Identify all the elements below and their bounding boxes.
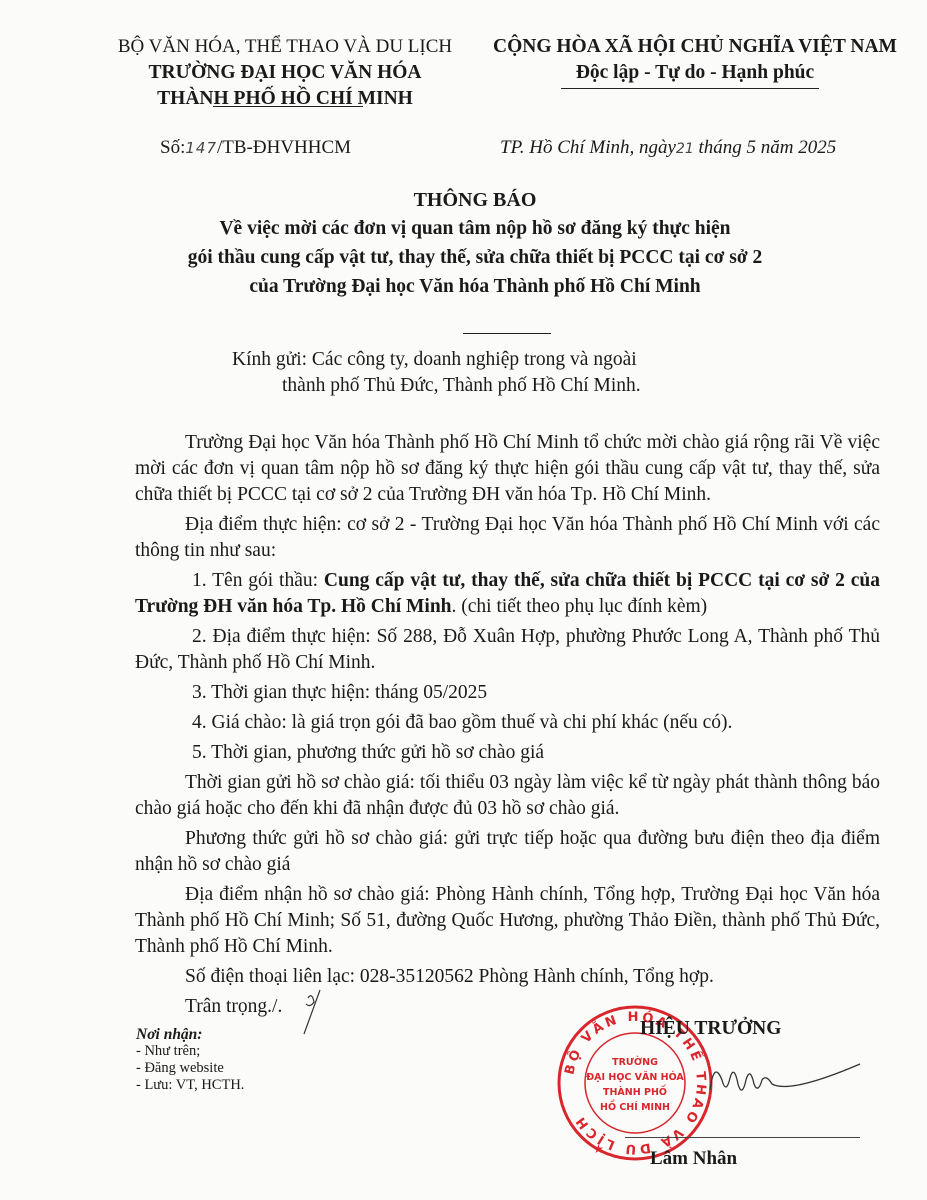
addressee-block: Kính gửi: Các công ty, doanh nghiệp tron… <box>232 347 641 399</box>
item-2-location: 2. Địa điểm thực hiện: Số 288, Đỗ Xuân H… <box>135 624 880 676</box>
document-body: Trường Đại học Văn hóa Thành phố Hồ Chí … <box>135 430 880 1024</box>
closing-line: Trân trọng./. <box>135 994 880 1020</box>
item-1-package-name: 1. Tên gói thầu: Cung cấp vật tư, thay t… <box>135 568 880 620</box>
ministry-name: BỘ VĂN HÓA, THỂ THAO VÀ DU LỊCH <box>95 34 475 60</box>
document-date: TP. Hồ Chí Minh, ngày21 tháng 5 năm 2025 <box>500 137 836 159</box>
subject-line-3: của Trường Đại học Văn hóa Thành phố Hồ … <box>150 272 800 301</box>
handwritten-day: 21 <box>676 141 694 157</box>
issuing-agency-block: BỘ VĂN HÓA, THỂ THAO VÀ DU LỊCH TRƯỜNG Đ… <box>95 34 475 112</box>
signature-line <box>625 1137 860 1138</box>
addressee-line-1: Kính gửi: Các công ty, doanh nghiệp tron… <box>232 347 641 373</box>
school-name-line2: THÀNH PHỐ HỒ CHÍ MINH <box>95 86 475 112</box>
header-left-underline <box>213 106 363 107</box>
nation-name: CỘNG HÒA XÃ HỘI CHỦ NGHĨA VIỆT NAM <box>480 34 910 60</box>
document-number: Số:147/TB-ĐHVHHCM <box>160 137 351 159</box>
national-heading-block: CỘNG HÒA XÃ HỘI CHỦ NGHĨA VIỆT NAM Độc l… <box>480 34 910 86</box>
intro-paragraph: Trường Đại học Văn hóa Thành phố Hồ Chí … <box>135 430 880 508</box>
subject-line-1: Về việc mời các đơn vị quan tâm nộp hồ s… <box>150 214 800 243</box>
recipient-item: - Như trên; <box>136 1043 244 1060</box>
svg-text:THÀNH PHỐ: THÀNH PHỐ <box>603 1085 667 1098</box>
document-type-heading: THÔNG BÁO <box>150 186 800 214</box>
item-4-price: 4. Giá chào: là giá trọn gói đã bao gồm … <box>135 710 880 736</box>
title-divider <box>463 333 551 334</box>
initial-mark-icon <box>300 988 340 1038</box>
svg-text:ĐẠI HỌC VĂN HÓA: ĐẠI HỌC VĂN HÓA <box>586 1071 684 1083</box>
svg-text:★: ★ <box>593 1142 604 1156</box>
handwritten-number: 147 <box>185 139 217 157</box>
signatory-title: HIỆU TRƯỞNG <box>640 1018 781 1040</box>
subject-line-2: gói thầu cung cấp vật tư, thay thế, sửa … <box>150 243 800 272</box>
item-5-submission: 5. Thời gian, phương thức gửi hồ sơ chào… <box>135 740 880 766</box>
school-name-line1: TRƯỜNG ĐẠI HỌC VĂN HÓA <box>95 60 475 86</box>
recipients-heading: Nơi nhận: <box>136 1026 244 1043</box>
signatory-name: Lâm Nhân <box>650 1148 737 1170</box>
submission-place-paragraph: Địa điểm nhận hồ sơ chào giá: Phòng Hành… <box>135 882 880 960</box>
recipient-item: - Đăng website <box>136 1060 244 1077</box>
svg-text:HỒ CHÍ MINH: HỒ CHÍ MINH <box>600 1100 670 1113</box>
addressee-line-2: thành phố Thủ Đức, Thành phố Hồ Chí Minh… <box>232 373 641 399</box>
header-right-underline <box>561 88 819 89</box>
recipients-block: Nơi nhận: - Như trên; - Đăng website - L… <box>136 1026 244 1094</box>
svg-text:TRƯỜNG: TRƯỜNG <box>612 1056 658 1068</box>
recipient-item: - Lưu: VT, HCTH. <box>136 1077 244 1094</box>
submission-time-paragraph: Thời gian gửi hồ sơ chào giá: tối thiểu … <box>135 770 880 822</box>
document-title-block: THÔNG BÁO Về việc mời các đơn vị quan tâ… <box>150 186 800 301</box>
submission-method-paragraph: Phương thức gửi hồ sơ chào giá: gửi trực… <box>135 826 880 878</box>
item-3-time: 3. Thời gian thực hiện: tháng 05/2025 <box>135 680 880 706</box>
contact-phone-paragraph: Số điện thoại liên lạc: 028-35120562 Phò… <box>135 964 880 990</box>
location-intro-paragraph: Địa điểm thực hiện: cơ sở 2 - Trường Đại… <box>135 512 880 564</box>
handwritten-signature-icon <box>700 1050 870 1110</box>
national-motto: Độc lập - Tự do - Hạnh phúc <box>480 60 910 86</box>
